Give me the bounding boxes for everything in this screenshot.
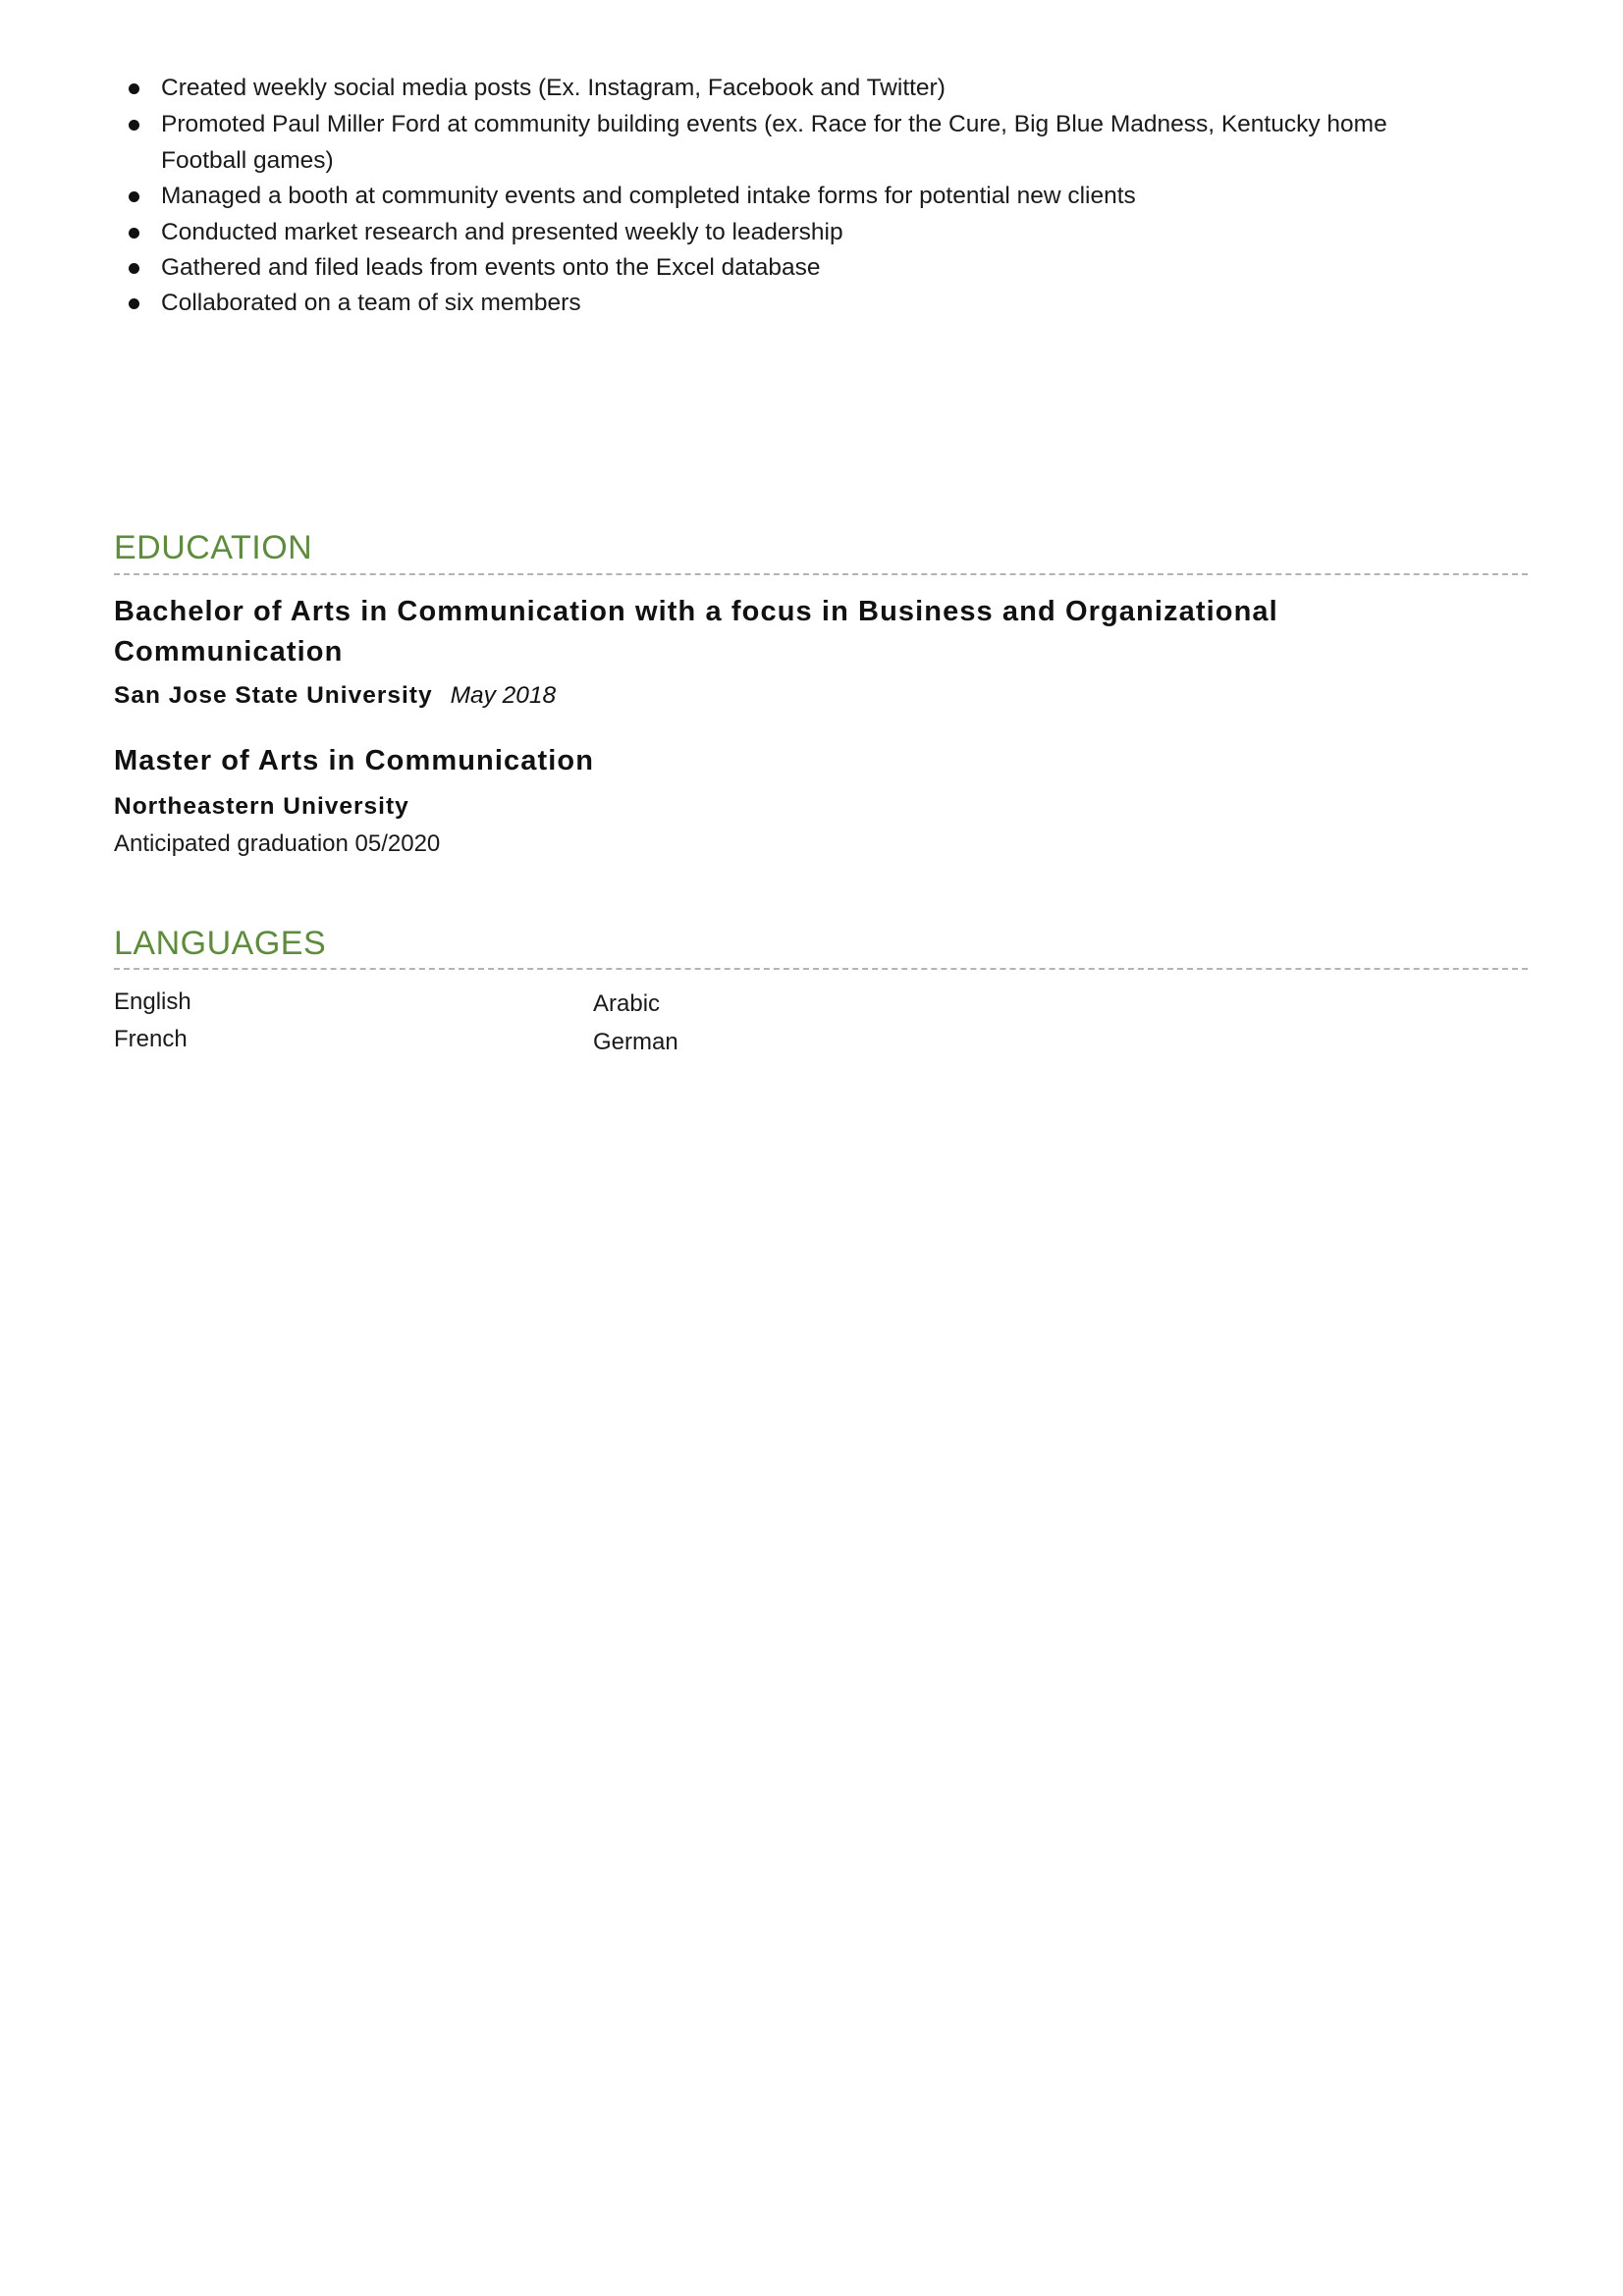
graduation-note: Anticipated graduation 05/2020 (114, 829, 440, 859)
bullet-text: Promoted Paul Miller Ford at community b… (161, 107, 1457, 179)
bullet-text: Collaborated on a team of six members (161, 286, 1457, 322)
section-divider (114, 573, 1528, 575)
language-item: German (593, 1028, 678, 1057)
bullet-text: Created weekly social media posts (Ex. I… (161, 71, 1457, 107)
bullet-text: Managed a booth at community events and … (161, 179, 1457, 215)
bullet-icon (129, 191, 139, 202)
bullet-item: Promoted Paul Miller Ford at community b… (161, 107, 1457, 179)
bullet-icon (129, 120, 139, 131)
language-item: Arabic (593, 989, 660, 1019)
bullet-item: Managed a booth at community events and … (161, 179, 1457, 215)
institution-line: San Jose State UniversityMay 2018 (114, 681, 556, 711)
graduation-date: May 2018 (451, 682, 557, 709)
bullet-item: Collaborated on a team of six members (161, 286, 1457, 322)
institution-name: San Jose State University (114, 682, 433, 709)
institution-name: Northeastern University (114, 792, 409, 822)
section-heading-education: EDUCATION (114, 531, 312, 564)
bullet-item: Created weekly social media posts (Ex. I… (161, 71, 1457, 107)
section-heading-languages: LANGUAGES (114, 927, 326, 960)
bullet-icon (129, 228, 139, 239)
bullet-item: Gathered and filed leads from events ont… (161, 250, 1457, 287)
language-item: English (114, 988, 191, 1017)
bullet-text: Conducted market research and presented … (161, 215, 1457, 251)
language-item: French (114, 1025, 188, 1054)
section-divider (114, 968, 1528, 970)
degree-title: Master of Arts in Communication (114, 741, 1331, 781)
bullet-item: Conducted market research and presented … (161, 215, 1457, 251)
bullet-icon (129, 83, 139, 94)
degree-title: Bachelor of Arts in Communication with a… (114, 592, 1331, 672)
bullet-text: Gathered and filed leads from events ont… (161, 250, 1457, 287)
bullet-icon (129, 298, 139, 309)
bullet-icon (129, 263, 139, 274)
